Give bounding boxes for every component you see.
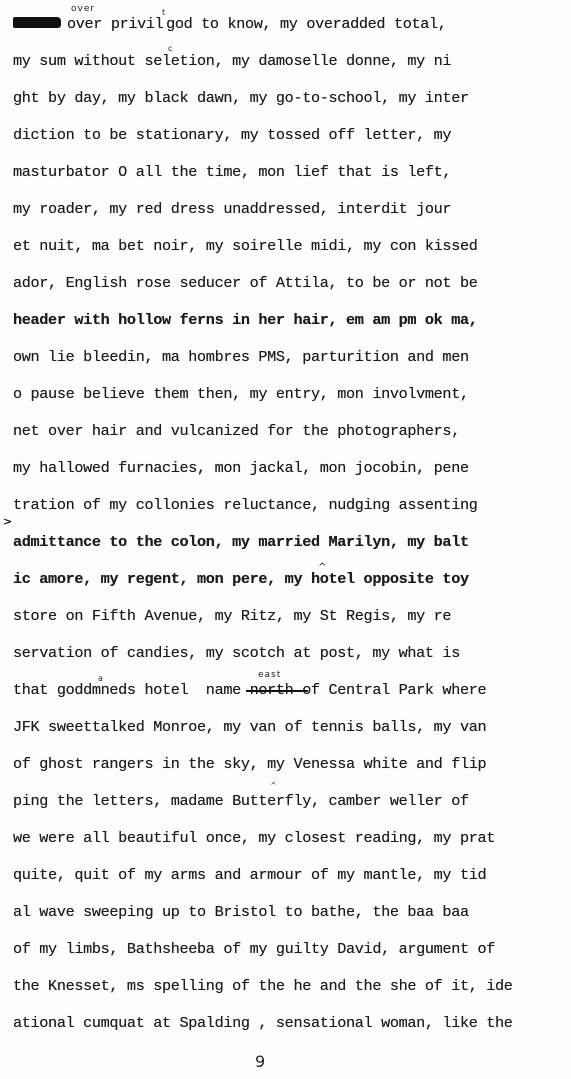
text-line-28: ational cumquat at Spalding , sensationa… xyxy=(13,1014,513,1032)
handwritten-insert-over: over xyxy=(71,4,95,14)
text-line-11: o pause believe them then, my entry, mon… xyxy=(13,385,469,403)
text-line-15: admittance to the colon, my married Mari… xyxy=(13,533,469,551)
text-line-3: ght by day, my black dawn, my go-to-scho… xyxy=(13,89,469,107)
text-line-2: my sum without seletion, my damoselle do… xyxy=(13,52,451,70)
redaction-block xyxy=(13,17,61,28)
text-line-20: JFK sweettalked Monroe, my van of tennis… xyxy=(13,718,486,736)
text-line-23: we were all beautiful once, my closest r… xyxy=(13,829,495,847)
text-line-5: masturbator O all the time, mon lief tha… xyxy=(13,163,451,181)
text-line-8: ador, English rose seducer of Attila, to… xyxy=(13,274,478,292)
text-line-9: header with hollow ferns in her hair, em… xyxy=(13,311,478,329)
text-line-12: net over hair and vulcanized for the pho… xyxy=(13,422,460,440)
line-text: over privil god to know, my overadded to… xyxy=(67,15,447,33)
handwritten-insert-east: east xyxy=(258,670,281,680)
text-line-13: my hallowed furnacies, mon jackal, mon j… xyxy=(13,459,469,477)
text-line-17: store on Fifth Avenue, my Ritz, my St Re… xyxy=(13,607,451,625)
text-line-22: ping the letters, madame Butterfly, camb… xyxy=(13,792,469,810)
text-line-18: servation of candies, my scotch at post,… xyxy=(13,644,460,662)
text-line-7: et nuit, ma bet noir, my soirelle midi, … xyxy=(13,237,478,255)
text-line-24: quite, quit of my arms and armour of my … xyxy=(13,866,486,884)
text-line-4: diction to be stationary, my tossed off … xyxy=(13,126,451,144)
margin-mark: > xyxy=(3,515,12,528)
typewritten-page: over t c ^ a east ^ > over privil god to… xyxy=(0,0,571,1079)
text-line-26: of my limbs, Bathsheeba of my guilty Dav… xyxy=(13,940,495,958)
strikethrough-north xyxy=(246,690,308,692)
text-line-25: al wave sweeping up to Bristol to bathe,… xyxy=(13,903,469,921)
text-line-14: tration of my collonies reluctance, nudg… xyxy=(13,496,478,514)
text-line-21: of ghost rangers in the sky, my Venessa … xyxy=(13,755,486,773)
text-line-1: over privil god to know, my overadded to… xyxy=(13,15,447,33)
text-line-6: my roader, my red dress unaddressed, int… xyxy=(13,200,451,218)
handwritten-mark-butterfly: ^ xyxy=(270,781,278,790)
page-number: 9 xyxy=(255,1052,265,1071)
text-line-16: ic amore, my regent, mon pere, my hotel … xyxy=(13,570,469,588)
text-line-10: own lie bleedin, ma hombres PMS, parturi… xyxy=(13,348,469,366)
text-line-27: the Knesset, ms spelling of the he and t… xyxy=(13,977,513,995)
